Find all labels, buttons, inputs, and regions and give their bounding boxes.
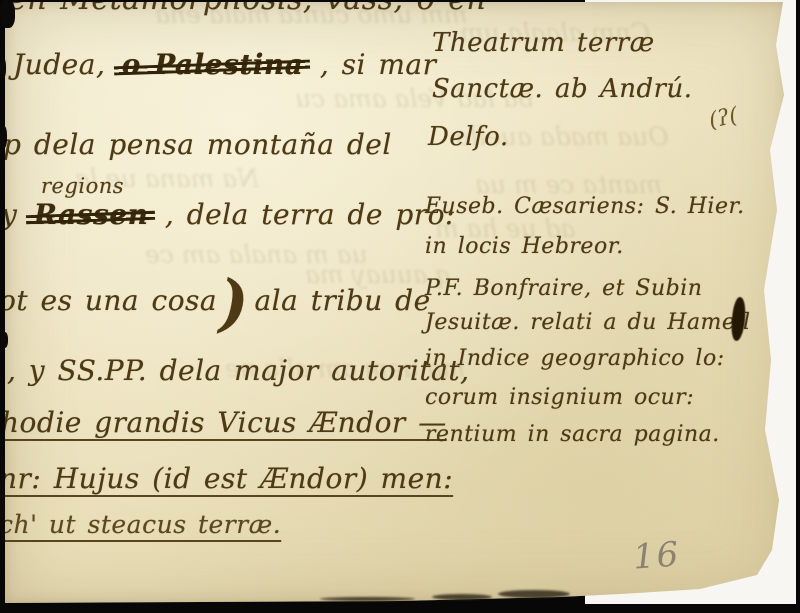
manuscript-scan: mm umo cunta mala ena Cnm alaala um ba l… [0,0,800,613]
manuscript-line: , y SS.PP. dela major autoritat, [7,354,469,387]
manuscript-line: Judea, o Palestina , si mar [13,48,436,81]
edge-smudge [320,597,415,601]
manuscript-line: in locis Hebreor. [425,234,624,259]
manuscript-line: corum insignium ocur: [425,385,694,410]
manuscript-line: Jesuitæ. relati a du Hamell [425,310,751,335]
line-text: ala tribu de [254,284,430,317]
line-text: ot es una cosa [0,284,217,317]
scan-edge-blob [0,0,15,28]
large-closing-paren: ) [219,266,248,339]
manuscript-line: y Rassen , dela terra de pro: [1,198,455,231]
manuscript-line: in Indice geographico lo: [425,346,725,371]
scan-edge-blob [0,58,6,78]
manuscript-line: en Metamorphosis, vass, o en [9,0,486,17]
manuscript-line: ot es una cosa)ala tribu de [0,284,431,317]
bleedthrough-text: ua m anala am ce [145,240,368,269]
manuscript-line-underlined: ch' ut steacus terræ. [0,510,281,539]
marginal-mark: (ʔ( [707,103,741,133]
manuscript-line-underlined: hodie grandis Vicus Ændor — [1,406,447,439]
page-number: 16 [632,534,682,577]
scan-edge-blob [0,332,8,348]
manuscript-line: Euseb. Cæsariens: S. Hier. [425,194,745,219]
interline-correction: regions [41,174,124,198]
edge-smudge [432,594,492,600]
scan-edge-blob [0,455,5,545]
line-text: , si mar [320,48,437,81]
manuscript-line: Delfo. [428,122,509,152]
manuscript-line: P.F. Bonfraire, et Subin [425,276,702,301]
manuscript-line: Theatrum terræ [432,28,655,58]
line-text: Judea, [13,48,105,81]
manuscript-line: rentium in sacra pagina. [425,422,720,447]
scan-edge-blob [0,126,7,148]
struck-out-word: o Palestina [118,48,308,81]
manuscript-page: mm umo cunta mala ena Cnm alaala um ba l… [5,2,786,603]
manuscript-line: Sanctæ. ab Andrú. [432,74,693,104]
line-text: , dela terra de pro: [165,198,455,231]
edge-smudge [498,590,570,598]
manuscript-line-underlined: nr: Hujus (id est Ændor) men: [0,462,453,495]
manuscript-line: p dela pensa montaña del [3,128,392,161]
struck-out-word: Rassen [30,198,153,231]
